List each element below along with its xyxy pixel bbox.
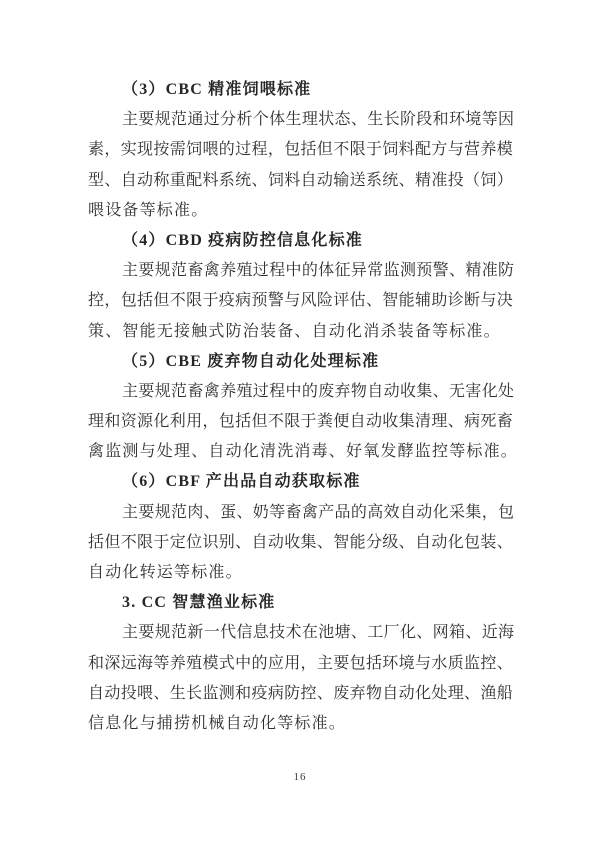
page-number: 16	[0, 771, 600, 783]
paragraph-line: 信息化与捕捞机械自动化等标准。	[88, 709, 513, 739]
paragraph-line: 主要规范肉、蛋、奶等畜禽产品的高效自动化采集，包	[88, 498, 513, 528]
paragraph-line: 主要规范畜禽养殖过程中的废弃物自动收集、无害化处	[88, 377, 513, 407]
paragraph-line: 控，包括但不限于疫病预警与风险评估、智能辅助诊断与决	[88, 286, 513, 316]
paragraph-line: 型、自动称重配料系统、饲料自动输送系统、精准投（饲）	[88, 166, 513, 196]
paragraph-line: 自动化转运等标准。	[88, 558, 513, 588]
paragraph-line: 禽监测与处理、自动化清洗消毒、好氧发酵监控等标准。	[88, 437, 513, 467]
paragraph-line: 主要规范新一代信息技术在池塘、工厂化、网箱、近海	[88, 618, 513, 648]
document-page: （3）CBC 精准饲喂标准 主要规范通过分析个体生理状态、生长阶段和环境等因 素…	[0, 0, 600, 848]
section-heading-cbc: （3）CBC 精准饲喂标准	[88, 75, 513, 105]
paragraph-line: 主要规范通过分析个体生理状态、生长阶段和环境等因	[88, 105, 513, 135]
paragraph-line: 自动投喂、生长监测和疫病防控、废弃物自动化处理、渔船	[88, 679, 513, 709]
paragraph-line: 喂设备等标准。	[88, 196, 513, 226]
section-heading-cbd: （4）CBD 疫病防控信息化标准	[88, 226, 513, 256]
paragraph-line: 括但不限于定位识别、自动收集、智能分级、自动化包装、	[88, 528, 513, 558]
paragraph-line: 素，实现按需饲喂的过程，包括但不限于饲料配方与营养模	[88, 135, 513, 165]
section-heading-cbf: （6）CBF 产出品自动获取标准	[88, 467, 513, 497]
section-heading-cbe: （5）CBE 废弃物自动化处理标准	[88, 347, 513, 377]
paragraph-line: 理和资源化利用，包括但不限于粪便自动收集清理、病死畜	[88, 407, 513, 437]
section-heading-cc: 3. CC 智慧渔业标准	[88, 588, 513, 618]
document-body: （3）CBC 精准饲喂标准 主要规范通过分析个体生理状态、生长阶段和环境等因 素…	[88, 75, 513, 739]
paragraph-line: 主要规范畜禽养殖过程中的体征异常监测预警、精准防	[88, 256, 513, 286]
paragraph-line: 和深远海等养殖模式中的应用，主要包括环境与水质监控、	[88, 649, 513, 679]
paragraph-line: 策、智能无接触式防治装备、自动化消杀装备等标准。	[88, 317, 513, 347]
